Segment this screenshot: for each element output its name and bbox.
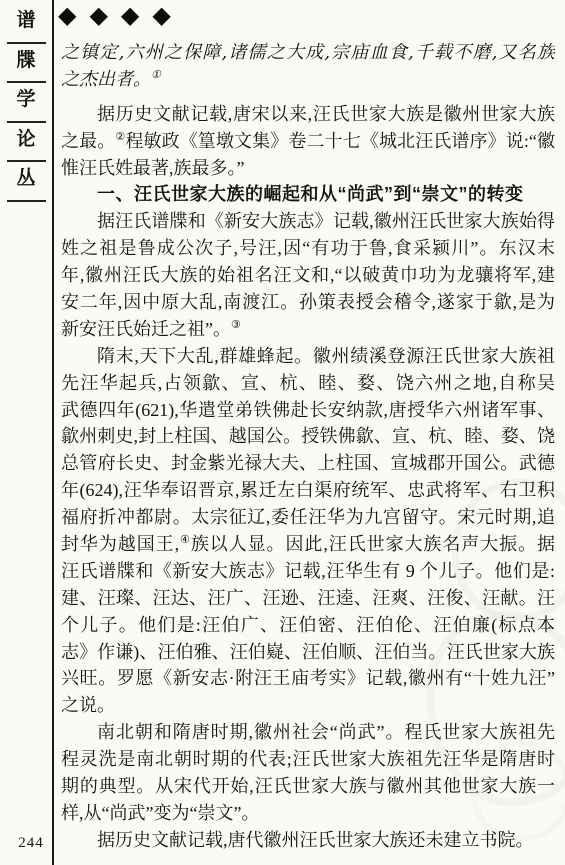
text-line: 期的典型。从宋代开始,汪氏世家大族与徽州其他世家大族一 [61, 773, 555, 800]
text-line: 封华为越国王,④族以人显。因此,汪氏世家大族名声大振。据 [61, 531, 555, 558]
text-line: 年(624),汪华奉诏晋京,累迁左白渠府统军、忠武将军、右卫积 [61, 477, 555, 504]
text-line: 姓之祖是鲁成公次子,号汪,因“有功于鲁,食采颍川”。东汉末 [61, 235, 555, 262]
sidebar-title-item: 谱 [0, 4, 52, 44]
text-line: 之说。 [61, 692, 555, 719]
footnote-marker: ④ [179, 534, 191, 546]
text-line: 兴旺。罗愿《新安志·附汪王庙考实》记载,徽州有“十姓九汪” [61, 665, 555, 692]
text-line: 之最。②程敏政《篁墩文集》卷二十七《城北汪氏谱序》说:“徽郡 [61, 128, 555, 155]
text-line: 志》作谦)、汪伯雅、汪伯嶷、汪伯顺、汪伯当。汪氏世家大族人丁 [61, 639, 555, 666]
section-heading: 一、汪氏世家大族的崛起和从“尚武”到“崇文”的转变 [61, 181, 555, 208]
text-line: 武德四年(621),华遣堂弟铁佛赴长安纳款,唐授华六州诸军事、 [61, 397, 555, 424]
sidebar-title-char: 学 [0, 85, 52, 115]
text-line: 先汪华起兵,占领歙、宣、杭、睦、婺、饶六州之地,自称吴王。唐 [61, 370, 555, 397]
sidebar: 谱牒学论丛 [0, 4, 52, 202]
text-line: 之镇定,六州之保障,诸儒之大成,宗庙血食,千载不磨,又名族 [61, 40, 555, 67]
text-line: 汪氏谱牒和《新安大族志》记载,汪华生有 9 个儿子。他们是:汪 [61, 558, 555, 585]
text-column: 之镇定,六州之保障,诸儒之大成,宗庙血食,千载不磨,又名族之杰出者。①据历史文献… [61, 40, 555, 854]
sidebar-title-item: 学 [0, 83, 52, 123]
sidebar-divider [7, 200, 46, 202]
sidebar-title-item: 牒 [0, 44, 52, 84]
text-line: 据历史文献记载,唐宋以来,汪氏世家大族是徽州世家大族 [61, 101, 555, 128]
sidebar-title-char: 论 [0, 125, 52, 155]
diamond-row-decoration: ◆◆◆◆ [58, 1, 184, 29]
text-line: 之杰出者。① [61, 67, 555, 94]
text-line: 歙州刺史,封上柱国、越国公。授铁佛歙、宣、杭、睦、婺、饶六州 [61, 423, 555, 450]
text-line: 据汪氏谱牒和《新安大族志》记载,徽州汪氏世家大族始得 [61, 208, 555, 235]
text-line: 福府折冲都尉。太宗征辽,委任汪华为九宫留守。宋元时期,追 [61, 504, 555, 531]
text-line: 总管府长史、封金紫光禄大夫、上柱国、宣城郡开国公。武德七 [61, 450, 555, 477]
page-number: 244 [11, 835, 51, 852]
sidebar-title-item: 丛 [0, 162, 52, 202]
text-line: 年,徽州汪氏大族的始祖名汪文和,“以破黄巾功为龙骧将军,建 [61, 262, 555, 289]
sidebar-vertical-rule [52, 0, 54, 865]
text-line: 隋末,天下大乱,群雄蜂起。徽州绩溪登源汪氏世家大族祖 [61, 343, 555, 370]
sidebar-title-char: 谱 [0, 6, 52, 36]
text-line: 南北朝和隋唐时期,徽州社会“尚武”。程氏世家大族祖先 [61, 719, 555, 746]
text-line: 安二年,因中原大乱,南渡江。孙策表授会稽令,遂家于歙,是为 [61, 289, 555, 316]
text-line: 样,从“尚武”变为“崇文”。 [61, 800, 555, 827]
sidebar-title-char: 牒 [0, 46, 52, 76]
text-line: 新安汪氏始迁之祖”。③ [61, 316, 555, 343]
text-line: 据历史文献记载,唐代徽州汪氏世家大族还未建立书院。 [61, 827, 555, 854]
text-line: 惟汪氏姓最著,族最多。” [61, 155, 555, 182]
footnote-marker: ② [115, 131, 125, 143]
footnote-marker: ① [151, 68, 161, 81]
text-line: 建、汪璨、汪达、汪广、汪逊、汪逵、汪爽、汪俊、汪献。汪铁佛有 8 [61, 585, 555, 612]
footnote-marker: ③ [231, 319, 241, 331]
sidebar-title-item: 论 [0, 123, 52, 163]
sidebar-title-char: 丛 [0, 164, 52, 194]
book-page: 谱牒学论丛 ◆◆◆◆ 之镇定,六州之保障,诸儒之大成,宗庙血食,千载不磨,又名族… [0, 0, 565, 865]
text-line: 程灵洗是南北朝时期的代表;汪氏世家大族祖先汪华是隋唐时 [61, 746, 555, 773]
text-line: 个儿子。他们是:汪伯广、汪伯密、汪伯伦、汪伯廉(标点本《名族 [61, 612, 555, 639]
